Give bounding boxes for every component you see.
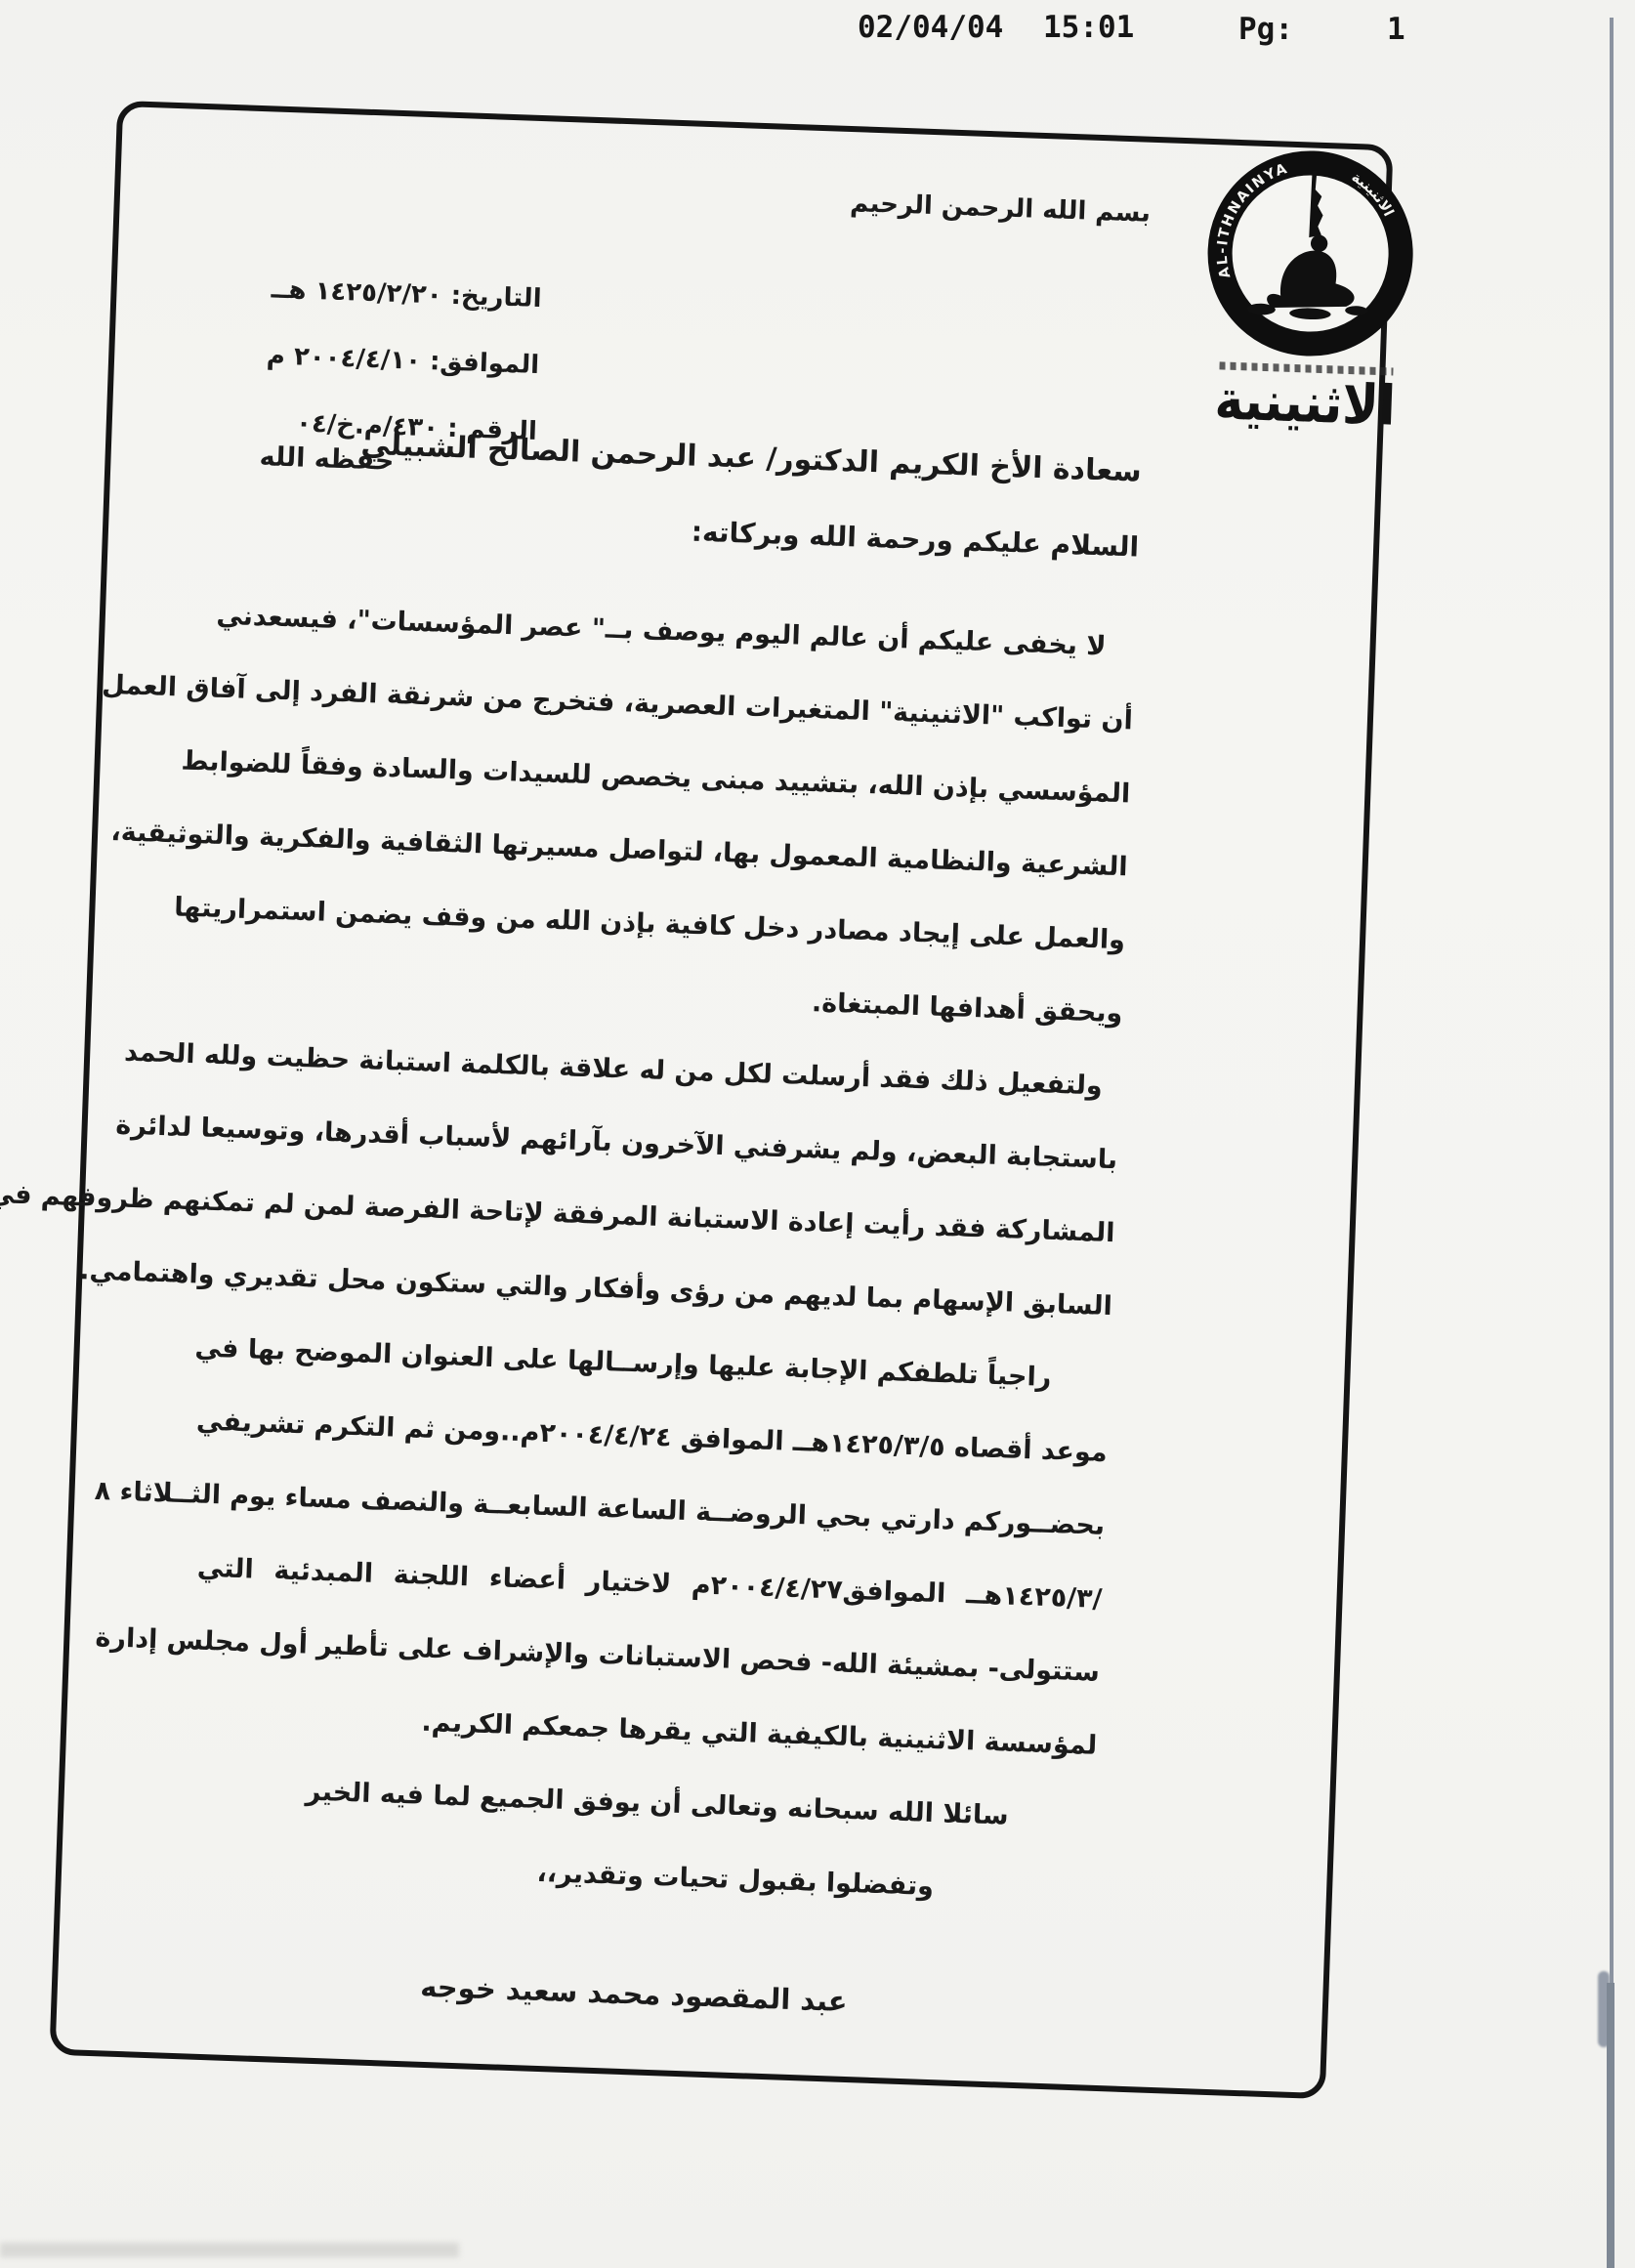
- scanner-edge-line: [1610, 18, 1614, 2268]
- scanner-edge-line-lower: [1607, 1983, 1614, 2268]
- scanned-letter-page: { "fax_header": { "date": "02/04/04", "t…: [0, 0, 1635, 2268]
- bismillah-text: بسم الله الرحمن الرحيم: [850, 189, 1152, 229]
- fax-time: 15:01: [1043, 10, 1134, 45]
- salutation-line: السلام عليكم ورحمة الله وبركاته:: [691, 516, 1139, 564]
- logo-emblem-icon: AL-ITHNAINYA الاثنينية: [1203, 147, 1417, 360]
- letter-frame: بسم الله الرحمن الرحيم التاريخ: ١٤٢٥/٢/٢…: [49, 101, 1393, 2099]
- al-ithnainya-logo: AL-ITHNAINYA الاثنينية الاثنينية: [1200, 147, 1417, 435]
- logo-wordmark: الاثنينية: [1200, 367, 1409, 438]
- fax-page-label: Pg:: [1238, 12, 1293, 47]
- scan-smudge: [0, 2243, 459, 2257]
- fax-page-number: 1: [1387, 12, 1405, 47]
- signature-name: عبد المقصود محمد سعيد خوجه: [380, 1968, 889, 2019]
- fax-header: 02/04/04 15:01 Pg: 1: [0, 6, 1635, 51]
- addressee-line: سعادة الأخ الكريم الدكتور/ عبد الرحمن ال…: [360, 428, 1142, 489]
- fax-date: 02/04/04: [858, 10, 1003, 45]
- addressee-blessing: حفظه الله: [259, 441, 395, 477]
- letterhead-date-line-2: الموافق: ٢٠٠٤/٤/١٠ م: [235, 321, 540, 399]
- letter-body: لا يخفى عليكم أن عالم اليوم يوصف بــ" عص…: [186, 579, 1137, 1929]
- letterhead-date-line-1: التاريخ: ١٤٢٥/٢/٢٠ هــ: [238, 255, 543, 332]
